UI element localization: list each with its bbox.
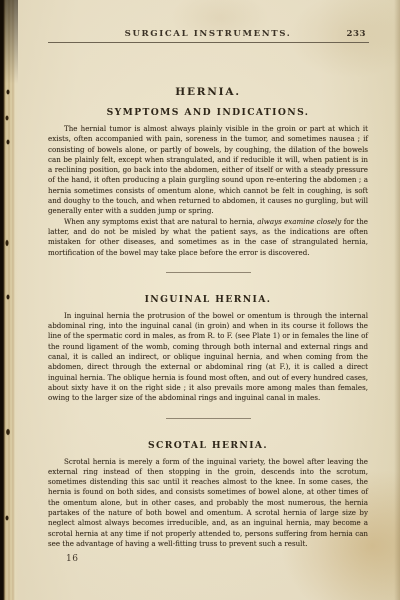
page-right-edge [394,0,400,600]
chapter-title: HERNIA. [48,86,368,98]
section-divider [166,418,251,419]
page-number: 233 [347,29,366,39]
book-page-scan: SURGICAL INSTRUMENTS. 233 HERNIA. SYMPTO… [0,0,400,600]
text-column: HERNIA. SYMPTOMS AND INDICATIONS. The he… [48,86,368,549]
running-header: SURGICAL INSTRUMENTS. 233 [48,29,368,41]
section-heading-symptoms: SYMPTOMS AND INDICATIONS. [48,107,368,118]
paragraph-symptoms-2: When any symptoms exist that are natural… [48,217,368,258]
paragraph-scrotal: Scrotal hernia is merely a form of the i… [48,457,368,550]
paragraph-symptoms-1: The hernial tumor is almost always plain… [48,124,368,217]
section-divider [166,272,251,273]
book-binding-edge [0,0,18,600]
paragraph-inguinal: In inguinal hernia the protrusion of the… [48,311,368,404]
running-title: SURGICAL INSTRUMENTS. [125,29,292,39]
header-rule [48,42,369,43]
section-heading-inguinal: INGUINAL HERNIA. [48,294,368,305]
section-heading-scrotal: SCROTAL HERNIA. [48,440,368,451]
signature-mark: 16 [66,554,78,564]
